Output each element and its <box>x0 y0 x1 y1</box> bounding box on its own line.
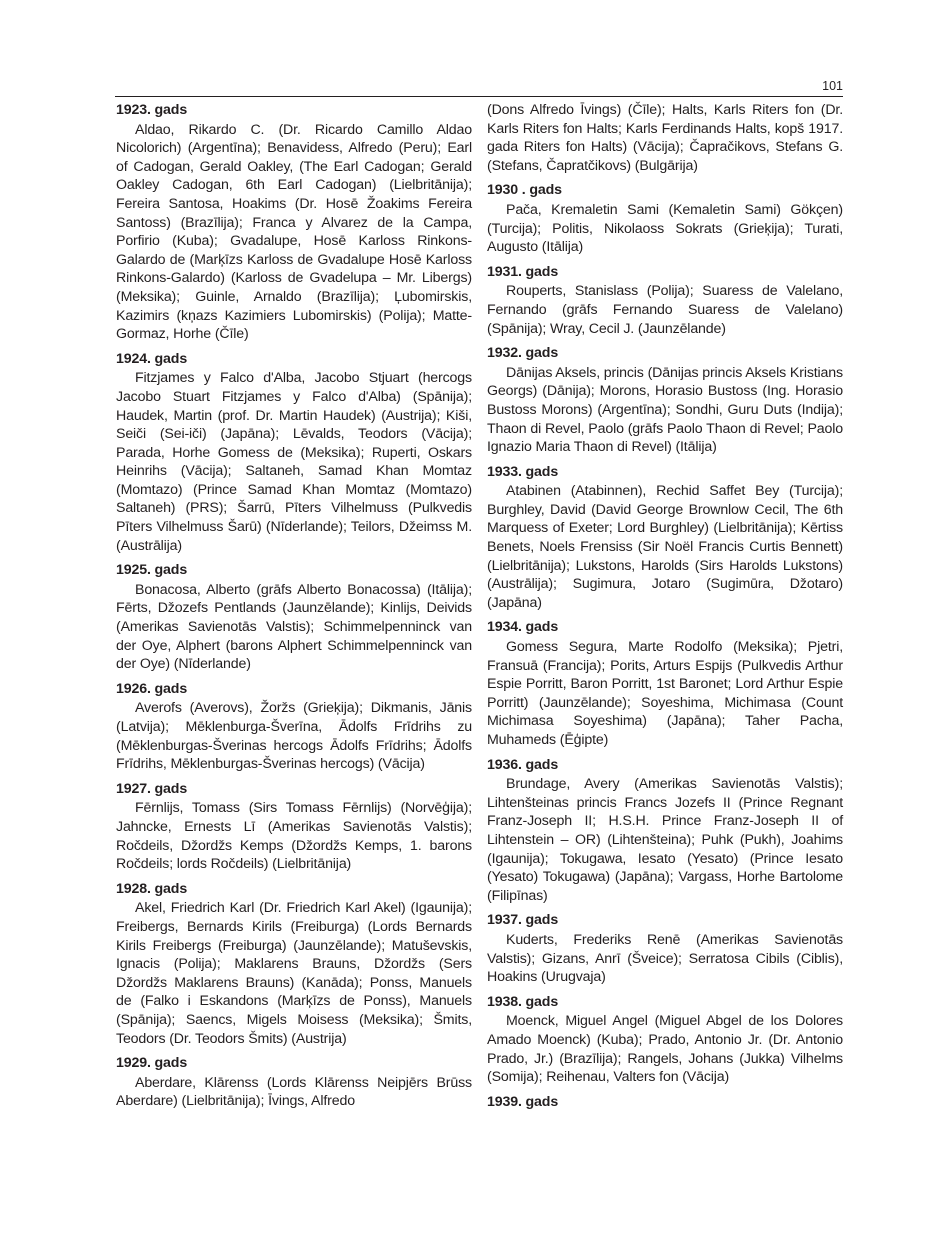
year-entries-continued: (Dons Alfredo Īvings) (Čīle); Halts, Kar… <box>487 101 843 175</box>
year-heading: 1929. gads <box>116 1054 472 1073</box>
year-heading: 1925. gads <box>116 561 472 580</box>
year-section-1929-continued: (Dons Alfredo Īvings) (Čīle); Halts, Kar… <box>487 101 843 175</box>
year-heading: 1937. gads <box>487 911 843 930</box>
year-section-1938: 1938. gads Moenck, Miguel Angel (Miguel … <box>487 993 843 1087</box>
year-entries: Fērnlijs, Tomass (Sirs Tomass Fērnlijs) … <box>116 799 472 873</box>
year-heading: 1939. gads <box>487 1093 843 1112</box>
year-entries: Akel, Friedrich Karl (Dr. Friedrich Karl… <box>116 899 472 1048</box>
year-heading: 1927. gads <box>116 780 472 799</box>
year-heading: 1928. gads <box>116 880 472 899</box>
year-entries: Atabinen (Atabinnen), Rechid Saffet Bey … <box>487 482 843 612</box>
year-heading: 1930 . gads <box>487 181 843 200</box>
year-entries: Bonacosa, Alberto (grāfs Alberto Bonacos… <box>116 581 472 674</box>
year-heading: 1926. gads <box>116 680 472 699</box>
year-entries: Averofs (Averovs), Žoržs (Grieķija); Dik… <box>116 699 472 773</box>
year-section-1930: 1930 . gads Pača, Kremaletin Sami (Kemal… <box>487 181 843 256</box>
year-entries: Aldao, Rikardo C. (Dr. Ricardo Camillo A… <box>116 121 472 344</box>
year-entries: Brundage, Avery (Amerikas Savienotās Val… <box>487 775 843 905</box>
year-section-1939: 1939. gads <box>487 1093 843 1112</box>
right-column: (Dons Alfredo Īvings) (Čīle); Halts, Kar… <box>487 101 843 1117</box>
year-section-1927: 1927. gads Fērnlijs, Tomass (Sirs Tomass… <box>116 780 472 874</box>
year-heading: 1932. gads <box>487 344 843 363</box>
page-number: 101 <box>760 79 843 93</box>
left-column: 1923. gads Aldao, Rikardo C. (Dr. Ricard… <box>116 101 472 1117</box>
year-section-1928: 1928. gads Akel, Friedrich Karl (Dr. Fri… <box>116 880 472 1048</box>
year-section-1925: 1925. gads Bonacosa, Alberto (grāfs Albe… <box>116 561 472 674</box>
year-heading: 1931. gads <box>487 263 843 282</box>
year-section-1933: 1933. gads Atabinen (Atabinnen), Rechid … <box>487 463 843 613</box>
year-section-1924: 1924. gads Fitzjames y Falco d'Alba, Jac… <box>116 350 472 556</box>
year-section-1926: 1926. gads Averofs (Averovs), Žoržs (Gri… <box>116 680 472 774</box>
year-entries: Aberdare, Klārenss (Lords Klārenss Neipj… <box>116 1074 472 1111</box>
header-rule <box>115 96 843 97</box>
year-heading: 1933. gads <box>487 463 843 482</box>
year-heading: 1923. gads <box>116 101 472 120</box>
year-heading: 1936. gads <box>487 756 843 775</box>
year-section-1932: 1932. gads Dānijas Aksels, princis (Dāni… <box>487 344 843 457</box>
year-section-1937: 1937. gads Kuderts, Frederiks Renē (Amer… <box>487 911 843 986</box>
year-entries: Kuderts, Frederiks Renē (Amerikas Savien… <box>487 931 843 987</box>
year-section-1934: 1934. gads Gomess Segura, Marte Rodolfo … <box>487 618 843 749</box>
year-heading: 1924. gads <box>116 350 472 369</box>
year-entries: Pača, Kremaletin Sami (Kemaletin Sami) G… <box>487 201 843 257</box>
year-section-1929: 1929. gads Aberdare, Klārenss (Lords Klā… <box>116 1054 472 1111</box>
year-heading: 1938. gads <box>487 993 843 1012</box>
year-entries: Rouperts, Stanislass (Polija); Suaress d… <box>487 282 843 338</box>
year-entries: Moenck, Miguel Angel (Miguel Abgel de lo… <box>487 1012 843 1086</box>
year-entries: Gomess Segura, Marte Rodolfo (Meksika); … <box>487 638 843 750</box>
year-heading: 1934. gads <box>487 618 843 637</box>
year-section-1923: 1923. gads Aldao, Rikardo C. (Dr. Ricard… <box>116 101 472 344</box>
year-entries: Dānijas Aksels, princis (Dānijas princis… <box>487 364 843 457</box>
year-section-1931: 1931. gads Rouperts, Stanislass (Polija)… <box>487 263 843 338</box>
year-entries: Fitzjames y Falco d'Alba, Jacobo Stjuart… <box>116 369 472 555</box>
year-section-1936: 1936. gads Brundage, Avery (Amerikas Sav… <box>487 756 843 906</box>
